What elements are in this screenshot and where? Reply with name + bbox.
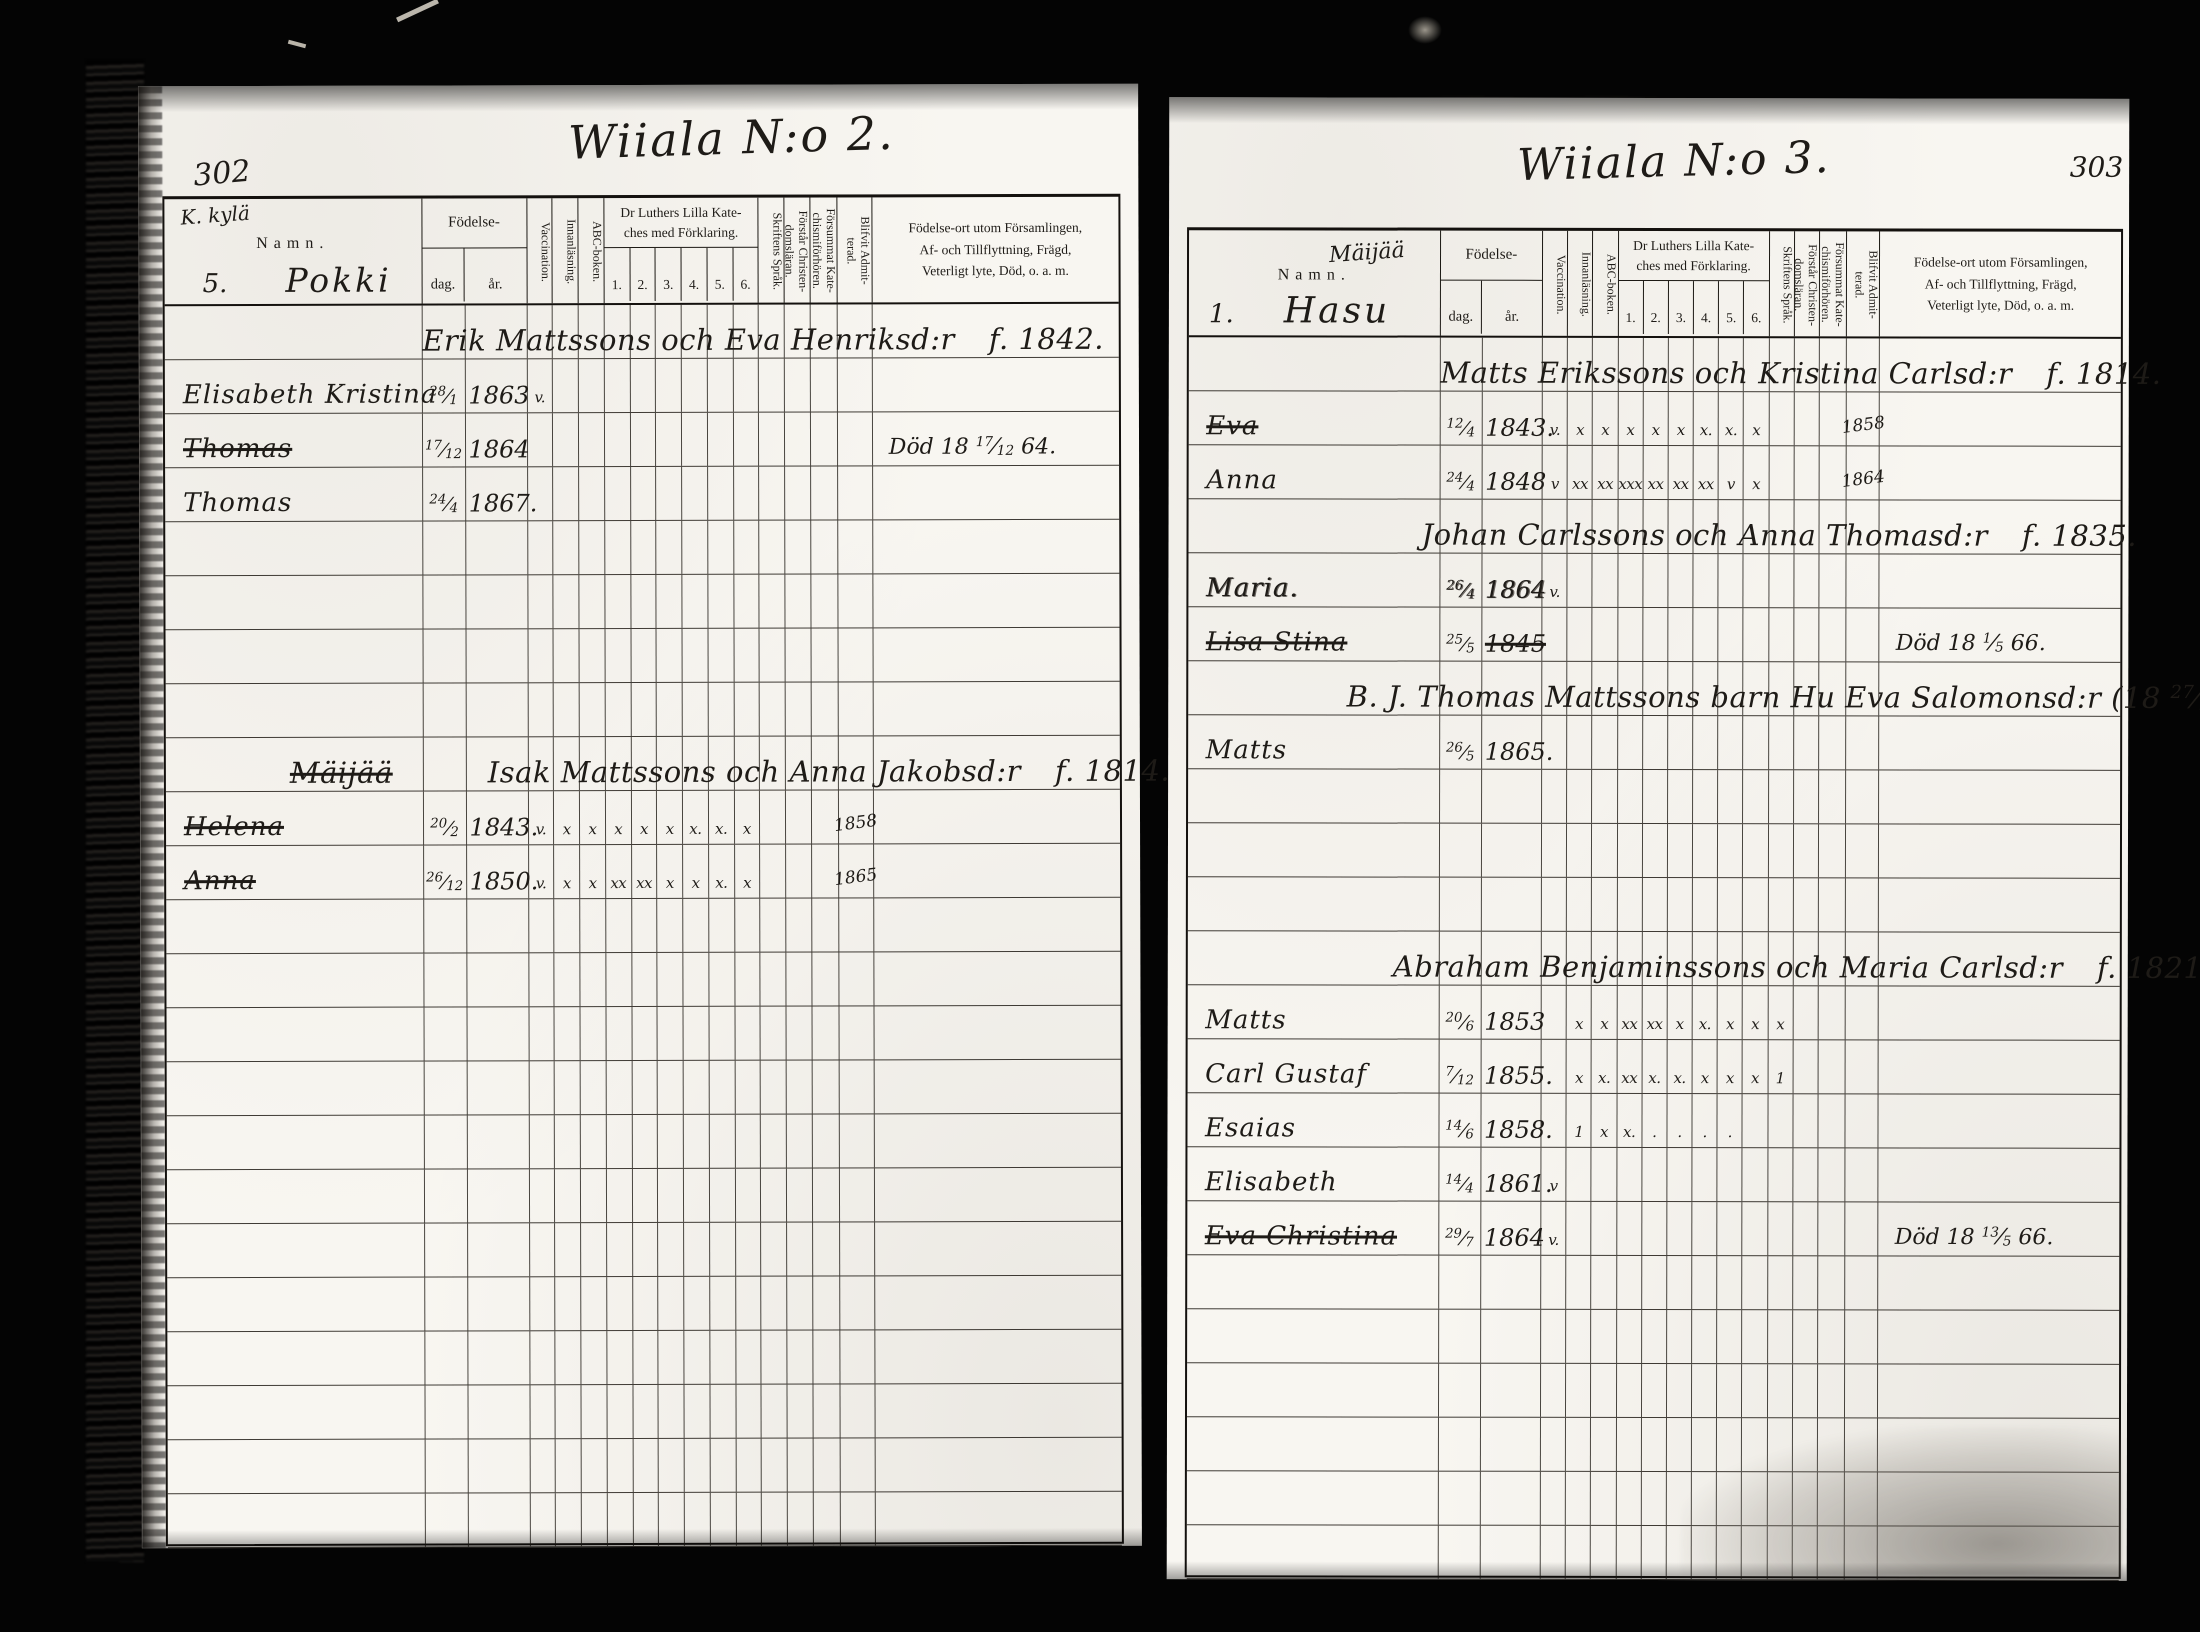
ar-cell	[1480, 1472, 1541, 1525]
kat-6-cell: x	[1743, 986, 1768, 1039]
forsummat-cell	[812, 898, 840, 951]
record-mark: x.	[1693, 1015, 1717, 1033]
kat-4-cell	[1692, 1256, 1717, 1309]
innanlasning-cell	[1568, 554, 1593, 607]
kat-5-cell	[710, 1439, 736, 1492]
fodelseort-cell	[875, 1168, 1121, 1222]
blifvit-cell	[1845, 1040, 1879, 1093]
ar-cell	[1481, 824, 1542, 877]
kat-5-cell	[1717, 1364, 1742, 1417]
abc-cell	[1592, 1202, 1617, 1255]
column-header-innanlasning: Innanläsning.	[1568, 231, 1593, 336]
dag-cell	[424, 1007, 467, 1060]
record-mark: xx	[1669, 475, 1693, 493]
family-header-tail: f. 1842.	[989, 322, 1104, 356]
empty-row	[1187, 1255, 2119, 1311]
fodelseort-cell	[876, 1492, 1122, 1546]
kat-5-cell	[710, 1115, 736, 1168]
kat-2-cell	[1643, 716, 1668, 769]
kat-4-cell: x	[683, 845, 709, 898]
birth-year: 1864	[1484, 1224, 1545, 1252]
skriftens-cell	[760, 791, 786, 844]
record-mark: x	[657, 874, 682, 892]
scanned-book-spread: 302 Wiiala N:o 2. K. kylä Namn. 5.Pokki …	[0, 0, 2200, 1632]
kat-4-cell	[1692, 1148, 1717, 1201]
dag-cell	[1440, 824, 1482, 877]
namn-cell: Elisabeth	[1187, 1147, 1439, 1200]
skriftens-cell	[761, 1061, 787, 1114]
dag-cell	[425, 1385, 468, 1438]
dag-cell: 26⁄5	[1440, 716, 1482, 769]
abc-cell	[1593, 608, 1618, 661]
kat-6-cell	[734, 575, 760, 628]
forstar-cell	[785, 413, 811, 466]
birth-day: 20⁄6	[1439, 1011, 1480, 1035]
skriftens-cell	[760, 845, 786, 898]
person-name: Lisa Stina	[1206, 627, 1348, 657]
dag-cell	[425, 1277, 468, 1330]
house-name: Pokki	[285, 261, 391, 300]
kat-3-cell	[1667, 1364, 1692, 1417]
dag-cell	[424, 1061, 467, 1114]
record-mark: x	[554, 820, 579, 838]
skriftens-cell	[762, 1385, 788, 1438]
person-row: Thomas24⁄41867.	[165, 466, 1119, 522]
kat-4-cell	[1693, 824, 1718, 877]
family-header-tail: f. 1814.	[1055, 754, 1170, 788]
kat-2-cell: x	[631, 791, 657, 844]
page-302: 302 Wiiala N:o 2. K. kylä Namn. 5.Pokki …	[138, 84, 1142, 1549]
dag-cell	[425, 1493, 468, 1546]
vaccination-cell	[1542, 770, 1567, 823]
forsummat-cell	[811, 628, 839, 681]
kat-6-cell	[1744, 716, 1769, 769]
fodelseort-cell	[875, 1438, 1121, 1492]
forsummat-cell	[813, 1222, 841, 1275]
kat-4-cell	[1693, 608, 1718, 661]
birth-year: 1848	[1485, 468, 1546, 496]
namn-cell	[166, 954, 424, 1008]
innanlasning-cell: 1	[1567, 1094, 1592, 1147]
kat-1-cell	[605, 683, 631, 736]
dag-cell	[1439, 1256, 1481, 1309]
skriftens-cell	[1768, 824, 1793, 877]
birth-day: 26⁄5	[1440, 741, 1481, 765]
abc-cell: x	[580, 791, 606, 844]
forstar-cell	[788, 1439, 814, 1492]
family-header: Erik Mattssons och Eva Henriksd:rf. 1842…	[422, 322, 1104, 358]
kat-1-cell	[1618, 608, 1643, 661]
kat-2-cell: .	[1642, 1094, 1667, 1147]
forstar-cell	[1793, 1094, 1818, 1147]
kat-1-cell	[606, 1007, 632, 1060]
kat-3-cell	[659, 1331, 685, 1384]
kat-2-cell	[632, 953, 658, 1006]
record-mark: x	[1592, 1015, 1616, 1033]
kat-3-cell	[1668, 878, 1693, 931]
kat-4-cell	[684, 1385, 710, 1438]
skriftens-cell	[1768, 878, 1793, 931]
dag-cell: 26⁄12	[424, 845, 467, 898]
kat-3-cell: x.	[1667, 1040, 1692, 1093]
forstar-cell	[786, 899, 812, 952]
dag-cell	[425, 1169, 468, 1222]
kat-1-cell	[607, 1115, 633, 1168]
vaccination-cell	[528, 575, 554, 628]
abc-cell	[580, 629, 606, 682]
record-mark: xx	[1694, 475, 1718, 493]
kat-3-cell	[1668, 716, 1693, 769]
abc-cell: x	[580, 845, 606, 898]
namn-cell	[165, 522, 423, 576]
kat-6-cell	[735, 953, 761, 1006]
page-title: Wiiala N:o 3.	[1517, 132, 1832, 191]
blifvit-cell	[840, 1222, 874, 1275]
family-header-text: Johan Carlssons och Anna Thomasd:r	[1422, 518, 1988, 553]
innanlasning-cell	[554, 899, 580, 952]
empty-row	[167, 1060, 1121, 1116]
kat-5-cell	[708, 683, 734, 736]
dag-cell: 20⁄2	[424, 791, 467, 844]
kat-6-cell: x	[735, 845, 761, 898]
dag-cell	[423, 521, 466, 574]
fodelseort-cell	[874, 898, 1120, 952]
empty-row	[167, 1114, 1121, 1170]
katekes-col-4: 4.	[682, 248, 708, 301]
kat-1-cell	[1617, 1256, 1642, 1309]
kat-6-cell	[1743, 1148, 1768, 1201]
fodelseort-cell	[1880, 392, 2121, 445]
record-mark: v	[1719, 475, 1743, 493]
innanlasning-cell	[1567, 1202, 1592, 1255]
innanlasning-cell	[555, 1061, 581, 1114]
kat-1-cell: xx	[1617, 986, 1642, 1039]
kat-2-cell	[1643, 824, 1668, 877]
dag-cell	[423, 575, 466, 628]
empty-row	[1187, 1363, 2119, 1419]
abc-cell: x	[1592, 986, 1617, 1039]
column-header-fodelseort: Födelse-ort utom Församlingen, Af- och T…	[872, 197, 1118, 303]
blifvit-cell: 1858	[839, 790, 873, 843]
kat-5-cell	[710, 1169, 736, 1222]
kat-6-cell	[736, 1439, 762, 1492]
namn-cell	[167, 1278, 425, 1332]
forsummat-cell	[811, 520, 839, 573]
record-mark: v.	[527, 388, 552, 406]
admitted-year: 1864	[1840, 467, 1885, 492]
blifvit-cell: 1864	[1846, 446, 1880, 499]
record-mark: x.	[1694, 421, 1718, 439]
katekes-col-5: 5.	[707, 248, 733, 301]
kat-5-cell: x.	[1719, 392, 1744, 445]
birth-year: 1858.	[1484, 1116, 1553, 1144]
person-row: Thomas17⁄121864Död 18 17⁄12 64.	[165, 412, 1119, 468]
fodelseort-cell	[873, 358, 1119, 412]
kat-5-cell: v	[1719, 446, 1744, 499]
kat-3-cell	[656, 359, 682, 412]
abc-cell	[579, 413, 605, 466]
abc-cell: x.	[1592, 1040, 1617, 1093]
ar-cell	[1482, 770, 1543, 823]
ar-cell	[468, 1331, 530, 1384]
skriftens-cell	[762, 1331, 788, 1384]
kat-1-cell	[607, 1331, 633, 1384]
kat-5-cell	[1717, 1310, 1742, 1363]
kat-5-cell	[1718, 1148, 1743, 1201]
kat-6-cell	[1743, 1094, 1768, 1147]
family-header-row: Abraham Benjaminssons och Maria Carlsd:r…	[1188, 931, 2120, 987]
katekes-col-2: 2.	[1644, 281, 1669, 334]
person-row: Elisabeth Kristina28⁄11863v.	[165, 358, 1119, 414]
abc-cell	[581, 1223, 607, 1276]
ar-cell	[1481, 1256, 1542, 1309]
innanlasning-cell	[555, 1223, 581, 1276]
kat-5-cell	[1718, 878, 1743, 931]
katekes-col-3: 3.	[656, 248, 682, 301]
kat-2-cell	[1643, 608, 1668, 661]
admitted-year: 1858	[833, 811, 878, 836]
abc-cell: x	[1592, 1094, 1617, 1147]
record-mark: 1	[1567, 1123, 1591, 1141]
empty-row	[168, 1438, 1122, 1494]
forsummat-cell	[813, 1276, 841, 1329]
empty-row	[1187, 1309, 2119, 1365]
dag-cell: 17⁄12	[423, 413, 466, 466]
kat-6-cell	[733, 359, 759, 412]
family-header-row: B. J. Thomas Mattssons barn Hu Eva Salom…	[1188, 661, 2120, 717]
kat-5-cell	[1719, 608, 1744, 661]
record-mark: x	[1669, 421, 1693, 439]
forstar-cell	[785, 467, 811, 520]
innanlasning-cell	[1567, 1148, 1592, 1201]
fodelseort-cell	[874, 952, 1120, 1006]
birth-day: 29⁄7	[1439, 1227, 1480, 1251]
namn-label: Namn.	[1189, 266, 1440, 284]
forsummat-cell	[1819, 770, 1846, 823]
kat-3-cell	[1668, 824, 1693, 877]
death-note: Död 18 13⁄5 66.	[1895, 1224, 2054, 1250]
skriftens-cell	[761, 1277, 787, 1330]
record-mark: x	[735, 874, 760, 892]
vaccination-cell	[528, 683, 554, 736]
skriftens-cell	[759, 521, 785, 574]
namn-cell: Esaias	[1187, 1093, 1439, 1146]
ar-cell: 1863	[465, 359, 527, 412]
birth-day: 26⁄12	[424, 871, 466, 895]
blifvit-cell	[1846, 770, 1880, 823]
vaccination-cell	[527, 413, 553, 466]
person-row: Matts20⁄61853xxxxxxxx.xxx	[1188, 985, 2120, 1041]
ar-cell: 1848	[1482, 446, 1543, 499]
vaccination-cell: v.	[1543, 554, 1568, 607]
dag-cell: 24⁄4	[1440, 446, 1482, 499]
kat-4-cell	[1692, 1202, 1717, 1255]
house-entry: 1.Hasu	[1189, 290, 1390, 331]
kat-3-cell	[656, 521, 682, 574]
kat-1-cell	[1618, 716, 1643, 769]
kat-3-cell	[659, 1385, 685, 1438]
empty-row	[168, 1492, 1122, 1548]
record-mark: x	[1744, 475, 1768, 493]
kat-2-cell	[633, 1493, 659, 1546]
namn-cell	[1188, 877, 1440, 930]
skriftens-cell	[760, 575, 786, 628]
kat-6-cell	[735, 1115, 761, 1168]
skriftens-cell	[761, 1007, 787, 1060]
namn-cell	[167, 1386, 425, 1440]
forstar-cell	[786, 791, 812, 844]
ar-cell	[467, 1007, 529, 1060]
column-header-forstar: Förstår Christen- domsläran.	[784, 198, 810, 303]
kat-2-cell	[633, 1223, 659, 1276]
forstar-cell	[787, 1169, 813, 1222]
fodelse-label: Födelse-	[422, 198, 526, 248]
family-header-tail: f. 1821.	[2097, 951, 2200, 985]
kat-1-cell	[607, 1277, 633, 1330]
vaccination-cell	[529, 1061, 555, 1114]
namn-cell	[167, 1062, 425, 1116]
kat-6-cell	[734, 683, 760, 736]
column-header-forstar: Förstår Christen- domsläran.	[1795, 231, 1820, 336]
record-mark: v	[1543, 475, 1567, 493]
blifvit-cell	[840, 898, 874, 951]
innanlasning-cell	[556, 1385, 582, 1438]
birth-day: 26⁄4	[1440, 579, 1481, 603]
kat-6-cell	[736, 1493, 762, 1546]
kat-2-cell: x.	[1642, 1040, 1667, 1093]
kat-5-cell	[710, 1223, 736, 1276]
ar-cell: 1861.	[1481, 1148, 1542, 1201]
person-row: Anna24⁄41848vxxxxxxxxxxxxxvx1864	[1189, 445, 2121, 501]
skriftens-cell	[761, 953, 787, 1006]
kat-5-cell	[1717, 1256, 1742, 1309]
column-header-vaccination: Vaccination.	[1543, 231, 1568, 336]
kat-4-cell	[1693, 878, 1718, 931]
namn-cell: Helena	[166, 792, 424, 846]
blifvit-cell	[1846, 554, 1880, 607]
blifvit-cell	[1845, 1148, 1879, 1201]
kat-1-cell: xxx	[1618, 446, 1643, 499]
forstar-cell	[787, 1385, 813, 1438]
ar-cell	[466, 629, 528, 682]
kat-4-cell	[1692, 1364, 1717, 1417]
kat-1-cell	[1616, 1526, 1641, 1579]
kat-6-cell	[734, 467, 760, 520]
fodelseort-cell	[875, 1330, 1121, 1384]
fodelseort-cell	[875, 1114, 1121, 1168]
kat-6-cell: x	[1744, 446, 1769, 499]
innanlasning-cell: x	[554, 791, 580, 844]
kat-2-cell	[1643, 878, 1668, 931]
scan-artifact	[1681, 1426, 2121, 1577]
abc-cell	[579, 575, 605, 628]
column-header-vaccination: Vaccination.	[527, 198, 553, 303]
kat-5-cell: x.	[709, 845, 735, 898]
kat-2-cell	[632, 899, 658, 952]
person-name: Eva	[1206, 411, 1258, 441]
skriftens-cell	[759, 413, 785, 466]
forstar-cell	[1794, 770, 1819, 823]
fodelseort-cell	[1879, 1148, 2120, 1201]
innanlasning-cell	[555, 953, 581, 1006]
ar-cell: 1850.	[467, 845, 529, 898]
forstar-cell	[787, 1331, 813, 1384]
kat-3-cell: xx	[1669, 446, 1694, 499]
vaccination-cell	[529, 1007, 555, 1060]
dag-cell	[424, 953, 467, 1006]
vaccination-cell	[1541, 1256, 1566, 1309]
blifvit-cell	[1846, 986, 1880, 1039]
katekes-label: Dr Luthers Lilla Kate-ches med Förklarin…	[1619, 231, 1769, 281]
abc-cell	[581, 1277, 607, 1330]
kat-4-cell: x.	[1693, 986, 1718, 1039]
kat-1-cell	[1618, 770, 1643, 823]
innanlasning-cell: xx	[1568, 446, 1593, 499]
kat-2-cell	[1642, 1310, 1667, 1363]
blifvit-cell	[1846, 608, 1880, 661]
fodelseort-cell	[1878, 1364, 2119, 1417]
record-mark: x.	[1719, 421, 1743, 439]
kat-3-cell	[658, 1277, 684, 1330]
birth-year: 1855.	[1484, 1062, 1553, 1090]
innanlasning-cell	[1566, 1364, 1591, 1417]
record-mark: x	[632, 820, 657, 838]
scan-artifact	[396, 0, 439, 22]
namn-cell: Matts	[1188, 715, 1440, 768]
ar-cell	[467, 1115, 529, 1168]
record-mark: x.	[1642, 1069, 1666, 1087]
blifvit-cell	[840, 1114, 874, 1167]
kat-6-cell	[1743, 824, 1768, 877]
fodelseort-cell	[873, 574, 1119, 628]
kat-2-cell	[1642, 1202, 1667, 1255]
kat-4-cell	[682, 575, 708, 628]
record-mark: x	[606, 820, 631, 838]
kat-4-cell	[684, 1223, 710, 1276]
kat-6-cell	[1743, 770, 1768, 823]
abc-cell	[581, 1169, 607, 1222]
vaccination-cell	[528, 521, 554, 574]
innanlasning-cell	[1566, 1472, 1591, 1525]
record-mark: v.	[1543, 583, 1567, 601]
katekes-col-4: 4.	[1694, 281, 1719, 334]
kat-3-cell	[658, 1007, 684, 1060]
blifvit-cell	[1845, 1202, 1879, 1255]
birth-year: 1867.	[469, 489, 538, 517]
dag-label: dag.	[1441, 281, 1483, 334]
kat-3-cell	[656, 467, 682, 520]
kat-6-cell	[736, 1223, 762, 1276]
abc-cell	[1593, 716, 1618, 769]
skriftens-cell	[1769, 446, 1794, 499]
vaccination-cell	[530, 1223, 556, 1276]
forsummat-cell	[813, 1384, 841, 1437]
page-number: 302	[192, 154, 252, 194]
kat-3-cell	[658, 1061, 684, 1114]
blifvit-cell	[841, 1492, 875, 1545]
birth-day: 24⁄4	[423, 493, 465, 517]
birth-year: 1861.	[1484, 1170, 1553, 1198]
dag-cell	[1440, 770, 1482, 823]
empty-row	[167, 1276, 1121, 1332]
record-mark: x.	[1617, 1123, 1641, 1141]
skriftens-cell	[1768, 1256, 1793, 1309]
blifvit-cell	[840, 1060, 874, 1113]
kat-2-cell	[631, 629, 657, 682]
abc-cell	[581, 1061, 607, 1114]
kat-2-cell	[1643, 554, 1668, 607]
kat-4-cell	[685, 1493, 711, 1546]
